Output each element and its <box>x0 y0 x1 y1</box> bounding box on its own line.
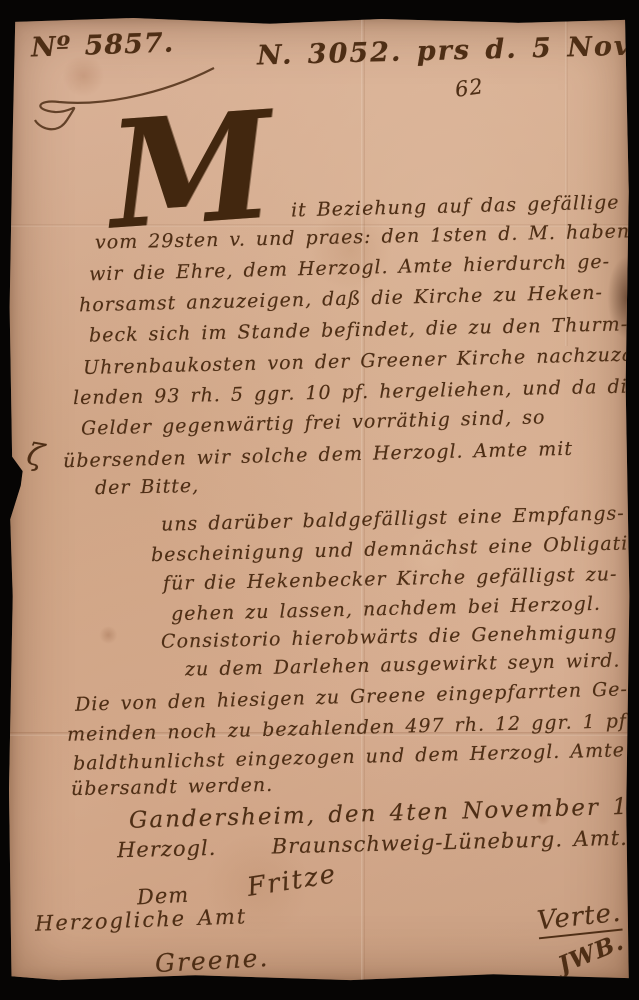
body-line: der Bitte, <box>95 475 200 499</box>
address-salutation: Dem <box>136 883 189 910</box>
address-place: Greene. <box>154 943 270 978</box>
body-line: horsamst anzuzeigen, daß die Kirche zu H… <box>79 282 603 317</box>
margin-mark: ζ <box>24 437 47 474</box>
body-line: für die Hekenbecker Kirche gefälligst zu… <box>163 563 618 595</box>
body-line: Gelder gegenwärtig frei vorräthig sind, … <box>81 406 546 439</box>
folio-number: 62 <box>453 74 485 102</box>
body-line: übersandt werden. <box>71 774 274 800</box>
drop-cap-initial: M <box>104 90 279 249</box>
body-line: beck sich im Stande befindet, die zu den… <box>89 313 629 346</box>
registry-note: N. 3052. prs d. 5 Nov. 1839. <box>257 28 639 72</box>
sender-amt: Braunschweig-Lüneburg. Amt. <box>271 826 628 859</box>
body-line: Consistorio hierobwärts die Genehmigung <box>161 621 618 653</box>
letter-paper: Nº 5857. N. 3052. prs d. 5 Nov. 1839. 62… <box>9 18 630 982</box>
body-line: übersenden wir solche dem Herzogl. Amte … <box>63 438 573 472</box>
body-line: bescheinigung und demnächst eine Obligat… <box>151 532 639 566</box>
body-line: lenden 93 rh. 5 ggr. 10 pf. hergeliehen,… <box>73 375 639 409</box>
body-line: it Beziehung auf das gefällige Schreiben <box>291 189 639 222</box>
body-line: baldthunlichst eingezogen und dem Herzog… <box>73 739 625 774</box>
body-line: Uhrenbaukosten von der Greener Kirche na… <box>83 343 639 379</box>
file-number: Nº 5857. <box>31 28 175 64</box>
address-office: Herzogliche Amt <box>35 904 248 935</box>
signature: Fritze <box>245 859 339 903</box>
body-line: gehen zu lassen, nachdem bei Herzogl. <box>171 593 601 625</box>
body-line: uns darüber baldgefälligst eine Empfangs… <box>161 502 625 535</box>
body-line: Die von den hiesigen zu Greene eingepfar… <box>75 678 628 715</box>
scanned-letter-page: { "colors": { "ink": "#4e2e15", "paper":… <box>0 0 639 1000</box>
body-line: zu dem Darlehen ausgewirkt seyn wird. <box>185 649 621 680</box>
sender-herzogl: Herzogl. <box>117 836 217 862</box>
